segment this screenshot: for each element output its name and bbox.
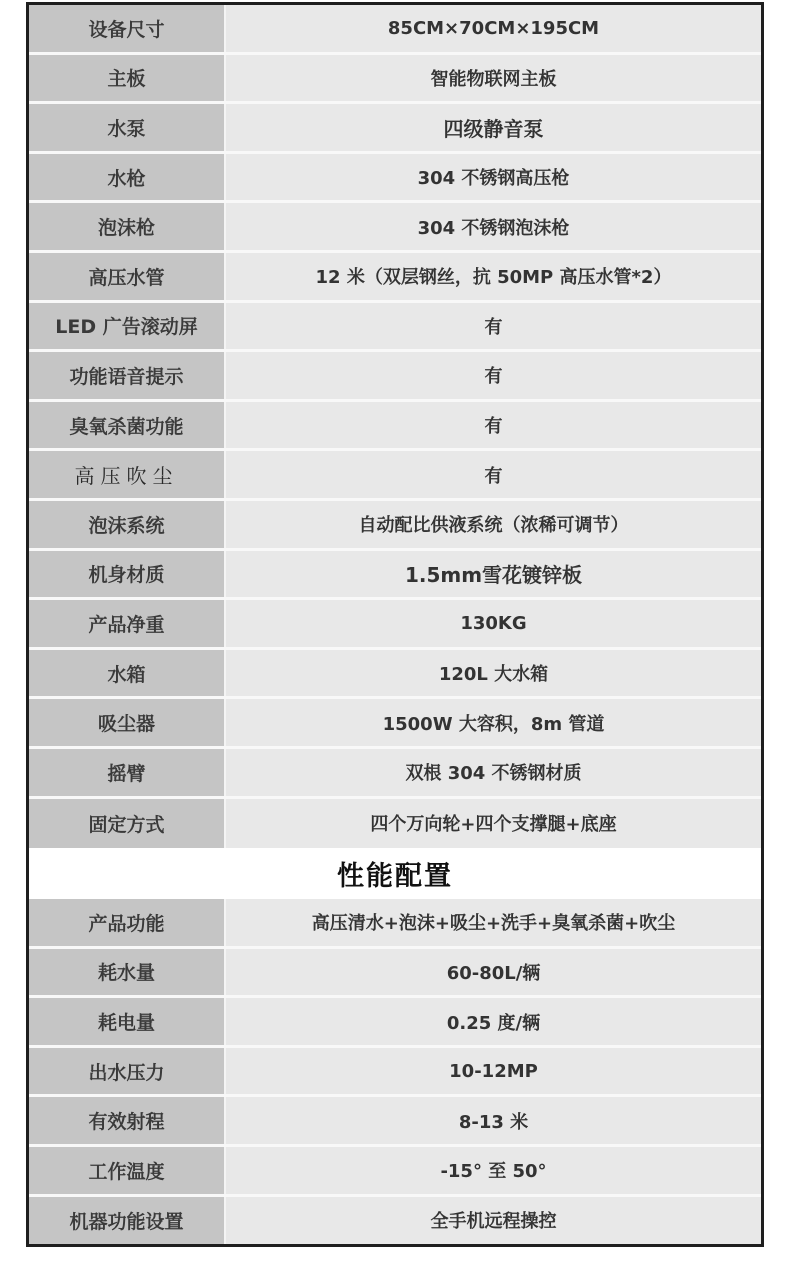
section-title-performance: 性能配置 [29, 848, 761, 899]
perf-value: 8-13 米 [226, 1097, 761, 1144]
spec-value: 四个万向轮+四个支撑腿+底座 [226, 799, 761, 849]
spec-value: 有 [226, 451, 761, 498]
spec-label: 水枪 [29, 154, 226, 201]
perf-row-working-temperature: 工作温度 -15° 至 50° [29, 1147, 761, 1197]
spec-label: 泡沫枪 [29, 203, 226, 250]
perf-value: 10-12MP [226, 1048, 761, 1095]
spec-row-water-tank: 水箱 120L 大水箱 [29, 650, 761, 700]
spec-value: 1.5mm雪花镀锌板 [226, 551, 761, 598]
spec-value: 四级静音泵 [226, 104, 761, 151]
spec-value: 304 不锈钢高压枪 [226, 154, 761, 201]
spec-row-body-material: 机身材质 1.5mm雪花镀锌板 [29, 551, 761, 601]
spec-row-foam-gun: 泡沫枪 304 不锈钢泡沫枪 [29, 203, 761, 253]
spec-label: 功能语音提示 [29, 352, 226, 399]
perf-value: 全手机远程操控 [226, 1197, 761, 1244]
spec-value: 304 不锈钢泡沫枪 [226, 203, 761, 250]
spec-value: 双根 304 不锈钢材质 [226, 749, 761, 796]
spec-label: 机身材质 [29, 551, 226, 598]
spec-value: 130KG [226, 600, 761, 647]
spec-label: 摇臂 [29, 749, 226, 796]
spec-row-swing-arm: 摇臂 双根 304 不锈钢材质 [29, 749, 761, 799]
perf-label: 机器功能设置 [29, 1197, 226, 1244]
spec-value: 有 [226, 352, 761, 399]
spec-label: 水泵 [29, 104, 226, 151]
spec-row-device-size: 设备尺寸 85CM×70CM×195CM [29, 5, 761, 55]
perf-row-functions: 产品功能 高压清水+泡沫+吸尘+洗手+臭氧杀菌+吹尘 [29, 899, 761, 949]
spec-row-net-weight: 产品净重 130KG [29, 600, 761, 650]
spec-label: 泡沫系统 [29, 501, 226, 548]
spec-row-water-pump: 水泵 四级静音泵 [29, 104, 761, 154]
perf-label: 有效射程 [29, 1097, 226, 1144]
spec-value: 1500W 大容积，8m 管道 [226, 699, 761, 746]
perf-label: 耗水量 [29, 949, 226, 996]
perf-label: 耗电量 [29, 998, 226, 1045]
perf-label: 出水压力 [29, 1048, 226, 1095]
spec-row-ozone-sterilization: 臭氧杀菌功能 有 [29, 402, 761, 452]
spec-row-mounting: 固定方式 四个万向轮+四个支撑腿+底座 [29, 799, 761, 849]
spec-value: 有 [226, 402, 761, 449]
perf-value: 60-80L/辆 [226, 949, 761, 996]
spec-label: 产品净重 [29, 600, 226, 647]
spec-row-led-screen: LED 广告滚动屏 有 [29, 303, 761, 353]
spec-label: 设备尺寸 [29, 5, 226, 52]
spec-label: 高压吹尘 [29, 451, 226, 498]
perf-row-function-settings: 机器功能设置 全手机远程操控 [29, 1197, 761, 1244]
spec-label: LED 广告滚动屏 [29, 303, 226, 350]
perf-value: 高压清水+泡沫+吸尘+洗手+臭氧杀菌+吹尘 [226, 899, 761, 946]
spec-row-mainboard: 主板 智能物联网主板 [29, 55, 761, 105]
spec-label: 高压水管 [29, 253, 226, 300]
perf-row-effective-range: 有效射程 8-13 米 [29, 1097, 761, 1147]
perf-value: 0.25 度/辆 [226, 998, 761, 1045]
spec-value: 120L 大水箱 [226, 650, 761, 697]
perf-row-water-pressure: 出水压力 10-12MP [29, 1048, 761, 1098]
spec-row-water-gun: 水枪 304 不锈钢高压枪 [29, 154, 761, 204]
spec-value: 自动配比供液系统（浓稀可调节） [226, 501, 761, 548]
spec-row-vacuum: 吸尘器 1500W 大容积，8m 管道 [29, 699, 761, 749]
spec-value: 85CM×70CM×195CM [226, 5, 761, 52]
spec-row-foam-system: 泡沫系统 自动配比供液系统（浓稀可调节） [29, 501, 761, 551]
spec-label: 固定方式 [29, 799, 226, 849]
spec-label: 臭氧杀菌功能 [29, 402, 226, 449]
perf-row-water-consumption: 耗水量 60-80L/辆 [29, 949, 761, 999]
perf-label: 工作温度 [29, 1147, 226, 1194]
spec-table: 设备尺寸 85CM×70CM×195CM 主板 智能物联网主板 水泵 四级静音泵… [26, 2, 764, 1247]
spec-row-air-blower: 高压吹尘 有 [29, 451, 761, 501]
spec-label: 主板 [29, 55, 226, 102]
spec-row-high-pressure-hose: 高压水管 12 米（双层钢丝，抗 50MP 高压水管*2） [29, 253, 761, 303]
perf-label: 产品功能 [29, 899, 226, 946]
spec-value: 有 [226, 303, 761, 350]
perf-value: -15° 至 50° [226, 1147, 761, 1194]
perf-row-power-consumption: 耗电量 0.25 度/辆 [29, 998, 761, 1048]
spec-label: 吸尘器 [29, 699, 226, 746]
spec-label: 水箱 [29, 650, 226, 697]
spec-row-voice-prompt: 功能语音提示 有 [29, 352, 761, 402]
spec-value: 智能物联网主板 [226, 55, 761, 102]
spec-value: 12 米（双层钢丝，抗 50MP 高压水管*2） [226, 253, 761, 300]
